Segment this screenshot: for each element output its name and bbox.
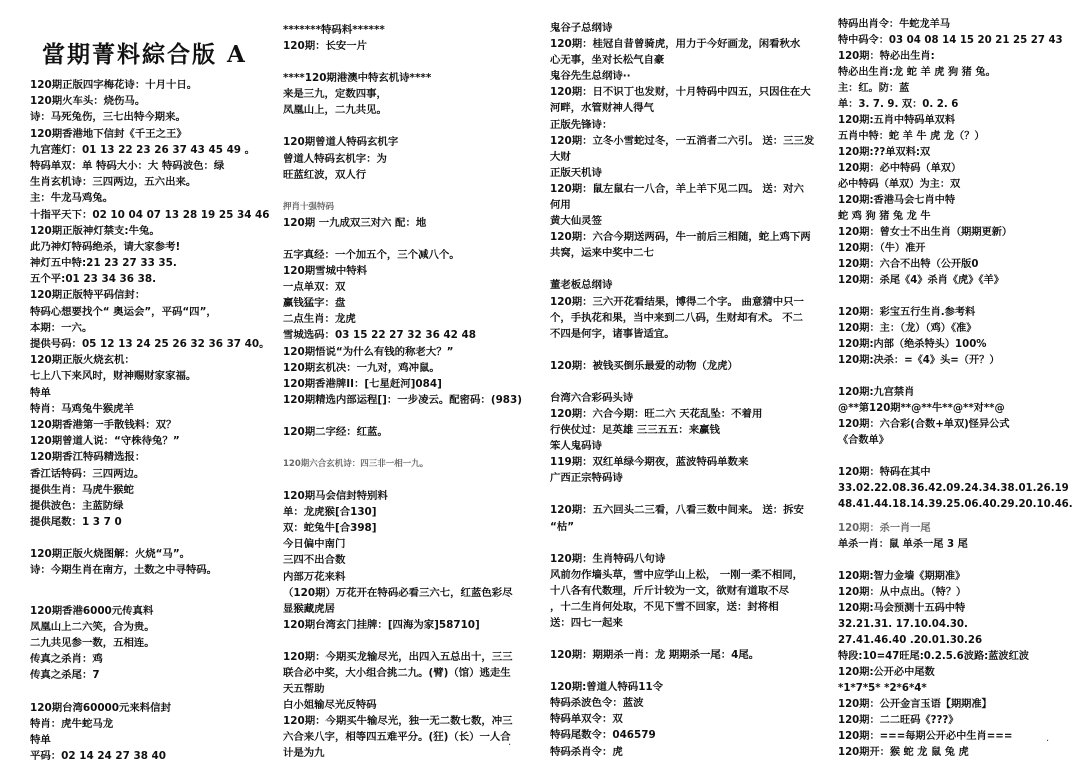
spacer — [550, 631, 830, 647]
column-1: 當期菁料綜合版 A 120期正版四字梅花诗：十月十日。 120期火车头：烧伤马。… — [30, 30, 270, 762]
text-line: 七上八下来风时，财神赐财家家福。 — [30, 368, 270, 384]
text-line: 心无事，坐对长松气自豪 — [550, 52, 830, 68]
text-line: 120期:曾道人特码11令 — [550, 679, 830, 695]
text-line: 二点生肖：龙虎 — [283, 311, 538, 327]
text-line: 个，手执花和果，当中来到二八码，生财却有术。 不二 — [550, 310, 830, 326]
text-line: 120期:??单双料:双 — [838, 145, 1078, 161]
guiguzi-block: 鬼谷子总纲诗 120期：桂冠自昔曾骑虎，用力于今好画龙，闲看秋水 心无事，坐对长… — [550, 20, 830, 261]
text-line: 120期：主：（龙）（鸡）《准》 — [838, 321, 1078, 337]
spacer — [283, 408, 538, 424]
kill-one-block: 120期：期期杀一肖：龙 期期杀一尾：4尾。 — [550, 647, 830, 663]
lose-all-block: 120期：今期买龙输尽光，出四入五总出十，三三 联合必中奖，大小组合挑二九。(臂… — [283, 649, 538, 762]
text-line: 120期二字经：红蓝。 — [283, 424, 538, 440]
text-line: 来是三九，定数四事， — [283, 86, 538, 102]
text-line: 119期：双红单绿今期夜，蓝波特码单数来 — [550, 454, 830, 470]
text-line: 五字真经：一个加五个，三个减八个。 — [283, 247, 538, 263]
tw-60000-block: 120期台湾60000元来料信封 特肖：虎牛蛇马龙 特单 平码：02 14 24… — [30, 700, 270, 762]
text-line: 一点单双：双 — [283, 279, 538, 295]
text-line: 本期：一六。 — [30, 320, 270, 336]
text-line: 凤凰山上，二九共见。 — [283, 102, 538, 118]
text-line: 共窝，运来中奖中二七 — [550, 245, 830, 261]
newspaper-page: 當期菁料綜合版 A 120期正版四字梅花诗：十月十日。 120期火车头：烧伤马。… — [0, 0, 1080, 762]
scan-speck: · — [1046, 736, 1049, 747]
text-line: 雪城选码：03 15 22 27 32 36 42 48 — [283, 327, 538, 343]
animal-riddle-block: 120期：被钱买倒乐最爱的动物（龙虎） — [550, 358, 830, 374]
text-line: 单：3. 7. 9. 双：0. 2. 6 — [838, 97, 1078, 113]
text-line: 必中特码（单双）为主：双 — [838, 177, 1078, 193]
text-line: “枯” — [550, 519, 830, 535]
two-word-block: 120期二字经：红蓝。 — [283, 424, 538, 440]
text-line: 旺蓝红波，双人行 — [283, 167, 538, 183]
text-line: 五个平:01 23 34 36 38. — [30, 271, 270, 287]
text-line: 120期正版四字梅花诗：十月十日。 — [30, 77, 270, 93]
text-line: 主：牛龙马鸡兔。 — [30, 190, 270, 206]
text-line: 120期香港牌II：[七星赶河]084] — [283, 376, 538, 392]
text-line: 120期：今期买牛输尽光，独一无二数七数，冲三 — [283, 713, 538, 729]
text-line: （120期）万花开在特码必看三六七，红蓝色彩尽 — [283, 585, 538, 601]
text-line: 广西正宗特码诗 — [550, 470, 830, 486]
text-line: 120期精选内部运程[]：一步凌云。配密码：(983) — [283, 392, 538, 408]
text-line: 32.21.31. 17.10.04.30. — [838, 617, 1078, 633]
spacer — [838, 553, 1078, 569]
spacer — [838, 513, 1078, 521]
spacer — [550, 535, 830, 551]
spacer — [283, 183, 538, 199]
spacer — [838, 289, 1078, 305]
five-elements-block: 120期：彩宝五行生肖.参考料 120期：主：（龙）（鸡）《准》 120期:内部… — [838, 305, 1078, 369]
nine-palace-block: 120期:九宫禁肖 @**第120期**@**牛**@**对**@ 120期：六… — [838, 385, 1078, 449]
five-six-block: 120期：五六回头二三看，八看三数中间来。 送：拆安 “枯” — [550, 502, 830, 534]
text-line: 120期：彩宝五行生肖.参考料 — [838, 305, 1078, 321]
spacer — [283, 54, 538, 70]
text-line: 显猴藏虎居 — [283, 601, 538, 617]
text-line: 120期 一九成双三对六 配：地 — [283, 215, 538, 231]
text-line: 120期正版火烧图解：火烧“马”。 — [30, 546, 270, 562]
fire-diagram-block: 120期正版火烧图解：火烧“马”。 诗：今期生肖在南方，土数之中寻特码。 — [30, 546, 270, 578]
text-line: 120期开：猴 蛇 龙 鼠 兔 虎 — [838, 745, 1078, 761]
column-2: *******特码料****** 120期：长安一片 ****120期港澳中特玄… — [283, 22, 538, 762]
text-line: 提供波色：主蓝防绿 — [30, 498, 270, 514]
hk-6000-block: 120期香港6000元传真料 凤凰山上二六笑，合为贵。 二九共见参一数，五相连。… — [30, 603, 270, 684]
text-line: 内部万花来料 — [283, 569, 538, 585]
text-line: 二九共见参一数，五相连。 — [30, 635, 270, 651]
jockey-club-envelope-block: 120期马会信封特别料 单：龙虎猴[合130] 双：蛇兔牛[合398] 今日偏中… — [283, 488, 538, 633]
text-line: 今日偏中南门 — [283, 536, 538, 552]
spacer — [838, 369, 1078, 385]
text-line: 120期香江特码精选报： — [30, 449, 270, 465]
text-line: 蛇 鸡 狗 猪 兔 龙 牛 — [838, 209, 1078, 225]
text-line: 特段:10=47旺尾:0.2.5.6波路:蓝波红波 — [838, 649, 1078, 665]
top-ten-block: 押肖十强特码 120期 一九成双三对六 配：地 — [283, 199, 538, 231]
text-line: 120期：生肖特码八句诗 — [550, 551, 830, 567]
text-line: 120期:决杀：=《4》头=（开？） — [838, 353, 1078, 369]
text-line: 三四不出合数 — [283, 552, 538, 568]
text-line: 特码杀波色令：蓝波 — [550, 695, 830, 711]
text-line: 120期：长安一片 — [283, 38, 538, 54]
text-line: 120期：桂冠自昔曾骑虎，用力于今好画龙，闲看秋水 — [550, 36, 830, 52]
text-line: 120期：杀尾《4》杀肖《虎》《羊》 — [838, 273, 1078, 289]
text-line: 120期：公开金言玉语【期期准】 — [838, 697, 1078, 713]
text-line: 特码尾数令：046579 — [550, 727, 830, 743]
spacer — [283, 472, 538, 488]
spacer — [550, 342, 830, 358]
text-line: 风前勿作墙头草，雪中应学山上松， 一刚一柔不相同， — [550, 567, 830, 583]
text-line: 押肖十强特码 — [283, 199, 538, 215]
text-line: 120期曾道人说：“守株待兔？” — [30, 433, 270, 449]
text-line: 120期雪城中特料 — [283, 263, 538, 279]
spacer — [283, 633, 538, 649]
spacer — [283, 118, 538, 134]
spacer — [838, 449, 1078, 465]
text-line: 神灯五中特:21 23 27 33 35. — [30, 255, 270, 271]
text-line: 120期：===每期公开必中生肖=== — [838, 729, 1078, 745]
page-title: 當期菁料綜合版 A — [42, 36, 270, 69]
text-line: 单：龙虎猴[合130] — [283, 504, 538, 520]
spacer — [30, 530, 270, 546]
text-line: 120期悟说“为什么有钱的称老大？” — [283, 344, 538, 360]
text-line: 120期：五六回头二三看，八看三数中间来。 送：拆安 — [550, 502, 830, 518]
spacer — [550, 261, 830, 277]
text-line: 传真之杀尾：7 — [30, 667, 270, 683]
kill-zodiac-block: 120期：杀一肖一尾 单杀一肖：鼠 单杀一尾 3 尾 — [838, 521, 1078, 553]
text-line: 120期:智力金墙《期期准》 — [838, 569, 1078, 585]
text-line: 120期：六合今期送两码，牛一前后三相随，蛇上鸡下两 — [550, 229, 830, 245]
text-line: 不四是何字，诸事皆适宜。 — [550, 326, 830, 342]
zeng-daoren-block: 120期曾道人特码玄机字 曾道人特码玄机字：为 旺蓝红波，双人行 — [283, 134, 538, 182]
text-line: 特码心想要找个“ 奥运会”，平码“四”， — [30, 304, 270, 320]
text-line: 联合必中奖，大小组合挑二九。(臂)（馆）逃走生 — [283, 665, 538, 681]
text-line: 120期火车头：烧伤马。 — [30, 93, 270, 109]
spacer — [30, 595, 270, 603]
text-line: 120期：特必出生肖: — [838, 49, 1078, 65]
text-line: 主：红。防：蓝 — [838, 81, 1078, 97]
text-line: 120期:九宫禁肖 — [838, 385, 1078, 401]
text-line: 120期:香港马会七肖中特 — [838, 193, 1078, 209]
text-line: 六合来八字，相等四五难平分。(狂)（长）一人合 — [283, 729, 538, 745]
text-line: 董老板总纲诗 — [550, 277, 830, 293]
text-line: 十八各有代数理，斤斤计较为一文，欲财有道取不尽 — [550, 583, 830, 599]
text-line: ****120期港澳中特玄机诗**** — [283, 70, 538, 86]
text-line: 十指平天下：02 10 04 07 13 28 19 25 34 46 。 — [30, 207, 270, 223]
text-line: 27.41.46.40 .20.01.30.26 — [838, 633, 1078, 649]
text-line: 特单 — [30, 732, 270, 748]
hk-macau-poem-block: ****120期港澳中特玄机诗**** 来是三九，定数四事， 凤凰山上，二九共见… — [283, 70, 538, 118]
spacer — [550, 374, 830, 390]
text-line: 120期正版火烧玄机： — [30, 352, 270, 368]
text-line: 120期:内部（绝杀特头）100% — [838, 337, 1078, 353]
text-line: 白小姐输尽光反特码 — [283, 697, 538, 713]
text-line: 120期正版神灯禁支:牛兔。 — [30, 223, 270, 239]
text-line: 120期六合玄机诗：四三非一相一九。 — [283, 456, 538, 472]
text-line: 120期香港第一手散钱料：双？ — [30, 417, 270, 433]
text-line: 120期：曾女士不出生肖（期期更新） — [838, 225, 1078, 241]
text-line: 120期马会信封特别料 — [283, 488, 538, 504]
text-line: 特码杀肖令：虎 — [550, 744, 830, 760]
text-line: 生肖玄机诗：三四两边，五六出来。 — [30, 174, 270, 190]
text-line: 笨人鬼码诗 — [550, 438, 830, 454]
special-code-list-block: 120期：特码在其中 33.02.22.08.36.42.09.24.34.38… — [838, 465, 1078, 513]
column-3: 鬼谷子总纲诗 120期：桂冠自昔曾骑虎，用力于今好画龙，闲看秋水 心无事，坐对长… — [550, 20, 830, 760]
text-line: 120期：二二旺码《???》 — [838, 713, 1078, 729]
text-line: 120期：六合彩(合数+单双)怪异公式 — [838, 417, 1078, 433]
text-line: 黄大仙灵签 — [550, 213, 830, 229]
special-code-block: *******特码料****** 120期：长安一片 — [283, 22, 538, 54]
scan-speck: · — [508, 740, 511, 751]
text-line: 何用 — [550, 197, 830, 213]
text-line: 鬼谷子总纲诗 — [550, 20, 830, 36]
text-line: 120期正版特平码信封： — [30, 287, 270, 303]
eleven-orders-block: 120期:曾道人特码11令 特码杀波色令：蓝波 特码单双令：双 特码尾数令：04… — [550, 679, 830, 759]
text-line: 120期玄机决：一九对，鸡冲鼠。 — [283, 360, 538, 376]
text-line: 120期：杀一肖一尾 — [838, 521, 1078, 537]
text-line: 33.02.22.08.36.42.09.24.34.38.01.26.19 — [838, 481, 1078, 497]
text-line: 传真之杀肖：鸡 — [30, 651, 270, 667]
text-line: 特码单双令：双 — [550, 711, 830, 727]
text-line: 提供生肖：马虎牛猴蛇 — [30, 482, 270, 498]
mystery-poem-block: 120期六合玄机诗：四三非一相一九。 — [283, 456, 538, 472]
text-line: 120期台湾玄门挂牌：[四海为家]58710] — [283, 617, 538, 633]
text-line: 120期：（牛）准开 — [838, 241, 1078, 257]
text-line: 单杀一肖：鼠 单杀一尾 3 尾 — [838, 537, 1078, 553]
text-line: 诗：今期生肖在南方，土数之中寻特码。 — [30, 562, 270, 578]
spacer — [283, 231, 538, 247]
text-line: ，十二生肖何处取，不见下雪不回家，送：封将相 — [550, 599, 830, 615]
taiwan-poem-block: 台湾六合彩码头诗 120期：六合今期：旺二六 天花乱坠：不着用 行侠仗过：足英雄… — [550, 390, 830, 487]
text-line: 特肖：虎牛蛇马龙 — [30, 716, 270, 732]
spacer — [283, 440, 538, 456]
eight-line-poem-block: 120期：生肖特码八句诗 风前勿作墙头草，雪中应学山上松， 一刚一柔不相同， 十… — [550, 551, 830, 631]
text-line: 特中码令：03 04 08 14 15 20 21 25 27 43 — [838, 33, 1078, 49]
text-line: 曾道人特码玄机字：为 — [283, 151, 538, 167]
text-line: 120期：鼠左鼠右一八合，羊上羊下见二四。 送：对六 — [550, 181, 830, 197]
spacer — [550, 663, 830, 679]
text-line: 鬼谷先生总纲诗·· — [550, 68, 830, 84]
text-line: 120期：特码在其中 — [838, 465, 1078, 481]
text-line: 大财 — [550, 149, 830, 165]
text-line: 120期：期期杀一肖：龙 期期杀一尾：4尾。 — [550, 647, 830, 663]
spacer — [30, 579, 270, 595]
text-line: 特码单双：单 特码大小：大 特码波色：绿 — [30, 158, 270, 174]
column-4: 特码出肖令：牛蛇龙羊马 特中码令：03 04 08 14 15 20 21 25… — [838, 17, 1078, 761]
text-line: 120期：必中特码（单双） — [838, 161, 1078, 177]
text-line: 特必出生肖:龙 蛇 羊 虎 狗 猪 兔。 — [838, 65, 1078, 81]
text-line: 正版天机诗 — [550, 165, 830, 181]
text-line: 正版先锋诗： — [550, 117, 830, 133]
text-line: 120期台湾60000元来料信封 — [30, 700, 270, 716]
text-line: 五肖中特：蛇 羊 牛 虎 龙（？） — [838, 129, 1078, 145]
text-line: 48.41.44.18.14.39.25.06.40.29.20.10.46. — [838, 497, 1078, 513]
text-line: 120期香港地下信封《千王之王》 — [30, 126, 270, 142]
text-line: 提供号码：05 12 13 24 25 26 32 36 37 40。 — [30, 336, 270, 352]
text-line: 120期：立冬小雪蛇过冬，一五消者二六引。 送：三三发 — [550, 133, 830, 149]
text-line: 120期:公开必中尾数 — [838, 665, 1078, 681]
text-line: 特单 — [30, 385, 270, 401]
text-line: 120期香港6000元传真料 — [30, 603, 270, 619]
special-zodiac-block: 特码出肖令：牛蛇龙羊马 特中码令：03 04 08 14 15 20 21 25… — [838, 17, 1078, 289]
text-line: *1*7*5* *2*6*4* — [838, 681, 1078, 697]
text-line: @**第120期**@**牛**@**对**@ — [838, 401, 1078, 417]
text-line: 120期：日不识丁也发财，十月特码中四五，只因住在大 — [550, 84, 830, 100]
text-line: 120期：六合今期：旺二六 天花乱坠：不着用 — [550, 406, 830, 422]
snow-city-block: 五字真经：一个加五个，三个减八个。 120期雪城中特料 一点单双：双 赢钱猛字：… — [283, 247, 538, 408]
text-line: 天五帮助 — [283, 681, 538, 697]
col1-main-block: 120期正版四字梅花诗：十月十日。 120期火车头：烧伤马。 诗：马死兔伤，三七… — [30, 77, 270, 530]
text-line: 特肖：马鸡兔牛猴虎羊 — [30, 401, 270, 417]
text-line: 提供尾数：1 3 7 0 — [30, 514, 270, 530]
spacer — [30, 684, 270, 700]
boss-dong-block: 董老板总纲诗 120期：三六开花看结果，博得二个字。 曲意猜中只一 个，手执花和… — [550, 277, 830, 341]
text-line: 计是为九 — [283, 745, 538, 761]
text-line: 120期曾道人特码玄机字 — [283, 134, 538, 150]
text-line: 九宫莲灯：01 13 22 23 26 37 43 45 49 。 — [30, 142, 270, 158]
text-line: *******特码料****** — [283, 22, 538, 38]
text-line: 赢钱猛字：盘 — [283, 295, 538, 311]
spacer — [550, 486, 830, 502]
text-line: 120期：三六开花看结果，博得二个字。 曲意猜中只一 — [550, 294, 830, 310]
text-line: 120期：从中点出。（特？） — [838, 585, 1078, 601]
text-line: 平码：02 14 24 27 38 40 — [30, 748, 270, 762]
text-line: 此乃神灯特码绝杀，请大家参考! — [30, 239, 270, 255]
text-line: 凤凰山上二六笑，合为贵。 — [30, 619, 270, 635]
text-line: 120期:马会预测十五码中特 — [838, 601, 1078, 617]
text-line: 《合数单》 — [838, 433, 1078, 449]
text-line: 120期：被钱买倒乐最爱的动物（龙虎） — [550, 358, 830, 374]
text-line: 诗：马死兔伤，三七出特今期来。 — [30, 109, 270, 125]
intelligence-wall-block: 120期:智力金墙《期期准》 120期：从中点出。（特？） 120期:马会预测十… — [838, 569, 1078, 761]
text-line: 香江话特码：三四两边。 — [30, 466, 270, 482]
text-line: 行侠仗过：足英雄 三三五五：来赢钱 — [550, 422, 830, 438]
text-line: 送：四七一起来 — [550, 615, 830, 631]
text-line: 特码出肖令：牛蛇龙羊马 — [838, 17, 1078, 33]
text-line: 120期：今期买龙输尽光，出四入五总出十，三三 — [283, 649, 538, 665]
text-line: 台湾六合彩码头诗 — [550, 390, 830, 406]
text-line: 120期：六合不出特（公开版0 — [838, 257, 1078, 273]
text-line: 120期:五肖中特码单双料 — [838, 113, 1078, 129]
text-line: 河畔，水管财神人得气 — [550, 100, 830, 116]
text-line: 双：蛇兔牛[合398] — [283, 520, 538, 536]
